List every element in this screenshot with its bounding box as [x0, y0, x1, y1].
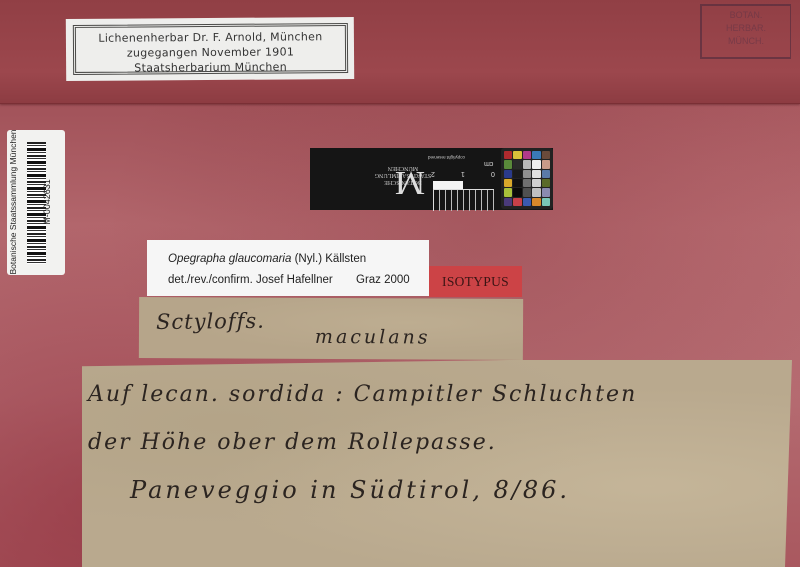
faded-stamp-line-1: BOTAN.	[702, 9, 790, 22]
acquisition-label-frame: Lichenenherbar Dr. F. Arnold, München zu…	[73, 23, 348, 75]
determination-label: Opegrapha glaucomaria (Nyl.) Källsten de…	[147, 240, 429, 296]
determiner: det./rev./confirm. Josef Hafellner	[168, 274, 333, 286]
determination-place-year: Graz 2000	[356, 274, 410, 286]
faded-stamp-line-2: HERBAR.	[702, 22, 790, 35]
color-swatch	[504, 188, 512, 196]
color-swatch	[532, 151, 540, 159]
ruler-segment	[433, 181, 463, 189]
color-swatch	[542, 198, 550, 206]
color-swatch	[513, 151, 521, 159]
barcode-label: Botanische Staatssammlung München M-0042…	[7, 130, 65, 275]
determination-taxon-line: Opegrapha glaucomaria (Nyl.) Källsten	[168, 253, 366, 265]
color-swatch-chart	[501, 148, 553, 209]
color-swatch	[523, 160, 531, 168]
color-swatch	[504, 198, 512, 206]
ruler-ticks	[433, 189, 494, 211]
color-swatch	[513, 179, 521, 187]
color-swatch	[513, 198, 521, 206]
color-swatch	[504, 151, 512, 159]
acquisition-line-3: Staatsherbarium München	[76, 59, 345, 76]
color-swatch	[542, 160, 550, 168]
scale-tick-0: 0	[491, 170, 495, 177]
acquisition-label: Lichenenherbar Dr. F. Arnold, München zu…	[66, 17, 354, 81]
color-swatch	[504, 179, 512, 187]
handwritten-line-1: Auf lecan. sordida : Campitler Schluchte…	[88, 382, 637, 407]
handwritten-line-2: der Höhe ober dem Rollepasse.	[88, 430, 497, 455]
handwritten-epithet: maculans	[315, 326, 431, 349]
color-swatch	[513, 170, 521, 178]
faded-herbarium-stamp: BOTAN. HERBAR. MÜNCH.	[700, 4, 791, 59]
leaf-logo-icon: M	[392, 164, 428, 200]
taxon-name: Opegrapha glaucomaria	[168, 253, 291, 265]
scale-tick-2: 2	[431, 170, 435, 177]
color-swatch	[532, 188, 540, 196]
color-swatch	[523, 188, 531, 196]
color-swatch	[532, 160, 540, 168]
color-swatch	[523, 170, 531, 178]
copyright-note: copyright reserved	[428, 155, 465, 160]
barcode-catalog-number: M-0042631	[42, 112, 54, 292]
handwritten-locality-slip: Auf lecan. sordida : Campitler Schluchte…	[82, 360, 792, 567]
color-swatch	[523, 179, 531, 187]
color-swatch	[523, 198, 531, 206]
color-swatch	[504, 160, 512, 168]
color-swatch	[504, 170, 512, 178]
color-swatch	[513, 160, 521, 168]
color-swatch	[542, 179, 550, 187]
scale-unit: cm	[484, 160, 493, 167]
color-swatch	[532, 170, 540, 178]
color-swatch	[513, 188, 521, 196]
color-swatch	[523, 151, 531, 159]
color-swatch	[542, 151, 550, 159]
color-swatch	[532, 198, 540, 206]
barcode-institution: Botanische Staatssammlung München	[8, 112, 20, 292]
faded-stamp-line-3: MÜNCH.	[702, 35, 790, 48]
handwritten-line-3: Paneveggio in Südtirol, 8/86.	[130, 476, 570, 504]
handwritten-name-slip: Sctyloffs. maculans	[139, 297, 523, 360]
taxon-authority: (Nyl.) Källsten	[295, 253, 367, 265]
color-swatch	[542, 170, 550, 178]
color-swatch	[542, 188, 550, 196]
color-swatch	[532, 179, 540, 187]
acquisition-line-1: Lichenenherbar Dr. F. Arnold, München	[76, 29, 345, 46]
handwritten-genus: Sctyloffs.	[156, 309, 265, 334]
scale-tick-1: 1	[461, 170, 465, 177]
type-status-badge: ISOTYPUS	[429, 266, 522, 297]
